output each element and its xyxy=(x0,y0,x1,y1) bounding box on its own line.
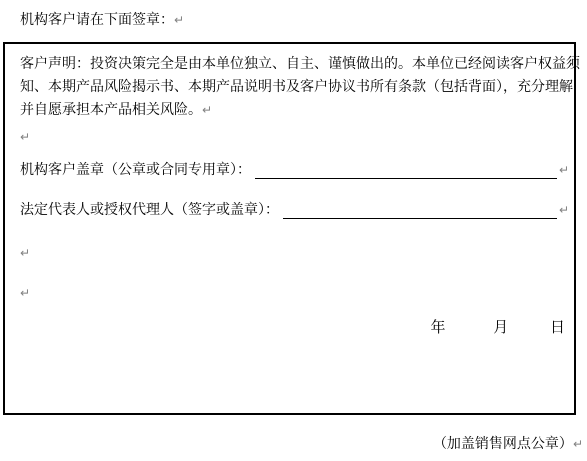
date-day-label: 日 xyxy=(550,320,565,336)
paragraph-mark-icon: ↵ xyxy=(20,286,30,300)
instruction-title: 机构客户请在下面签章：↵ xyxy=(20,9,184,29)
representative-field-row: 法定代表人或授权代理人（签字或盖章）： ↵ xyxy=(20,201,569,220)
document-page: 机构客户请在下面签章：↵ 客户声明：投资决策完全是由本单位独立、自主、谨慎做出的… xyxy=(0,0,587,461)
empty-paragraph: ↵ xyxy=(20,244,30,262)
declaration-box: 客户声明：投资决策完全是由本单位独立、自主、谨慎做出的。本单位已经阅读客户权益须… xyxy=(3,42,576,415)
declaration-line-text: 并自愿承担本产品相关风险。 xyxy=(20,103,202,118)
declaration-text: 客户声明：投资决策完全是由本单位独立、自主、谨慎做出的。本单位已经阅读客户权益须… xyxy=(20,54,565,123)
instruction-title-text: 机构客户请在下面签章： xyxy=(20,13,174,28)
declaration-line: 知、本期产品风险揭示书、本期产品说明书及客户协议书所有条款（包括背面），充分理解 xyxy=(20,77,565,100)
paragraph-mark-icon: ↵ xyxy=(559,161,569,179)
date-line: 年 月 日 xyxy=(430,316,565,337)
date-year-label: 年 xyxy=(430,320,445,336)
seal-field-label: 机构客户盖章（公章或合同专用章）： xyxy=(20,162,251,180)
footer-seal-note-text: （加盖销售网点公章） xyxy=(433,437,573,452)
representative-signature-field[interactable] xyxy=(283,201,557,219)
footer-seal-note: （加盖销售网点公章）↵ xyxy=(433,433,583,453)
paragraph-mark-icon: ↵ xyxy=(20,246,30,260)
paragraph-mark-icon: ↵ xyxy=(174,13,184,27)
empty-paragraph: ↵ xyxy=(20,284,30,302)
empty-paragraph: ↵ xyxy=(20,128,30,146)
paragraph-mark-icon: ↵ xyxy=(20,130,30,144)
paragraph-mark-icon: ↵ xyxy=(202,103,212,117)
paragraph-mark-icon: ↵ xyxy=(573,437,583,451)
seal-signature-field[interactable] xyxy=(255,161,557,179)
date-month-label: 月 xyxy=(493,320,508,336)
declaration-line: 客户声明：投资决策完全是由本单位独立、自主、谨慎做出的。本单位已经阅读客户权益须 xyxy=(20,54,565,77)
seal-field-row: 机构客户盖章（公章或合同专用章）： ↵ xyxy=(20,161,569,180)
declaration-line: 并自愿承担本产品相关风险。↵ xyxy=(20,99,565,123)
paragraph-mark-icon: ↵ xyxy=(559,201,569,219)
representative-field-label: 法定代表人或授权代理人（签字或盖章）： xyxy=(20,202,279,220)
